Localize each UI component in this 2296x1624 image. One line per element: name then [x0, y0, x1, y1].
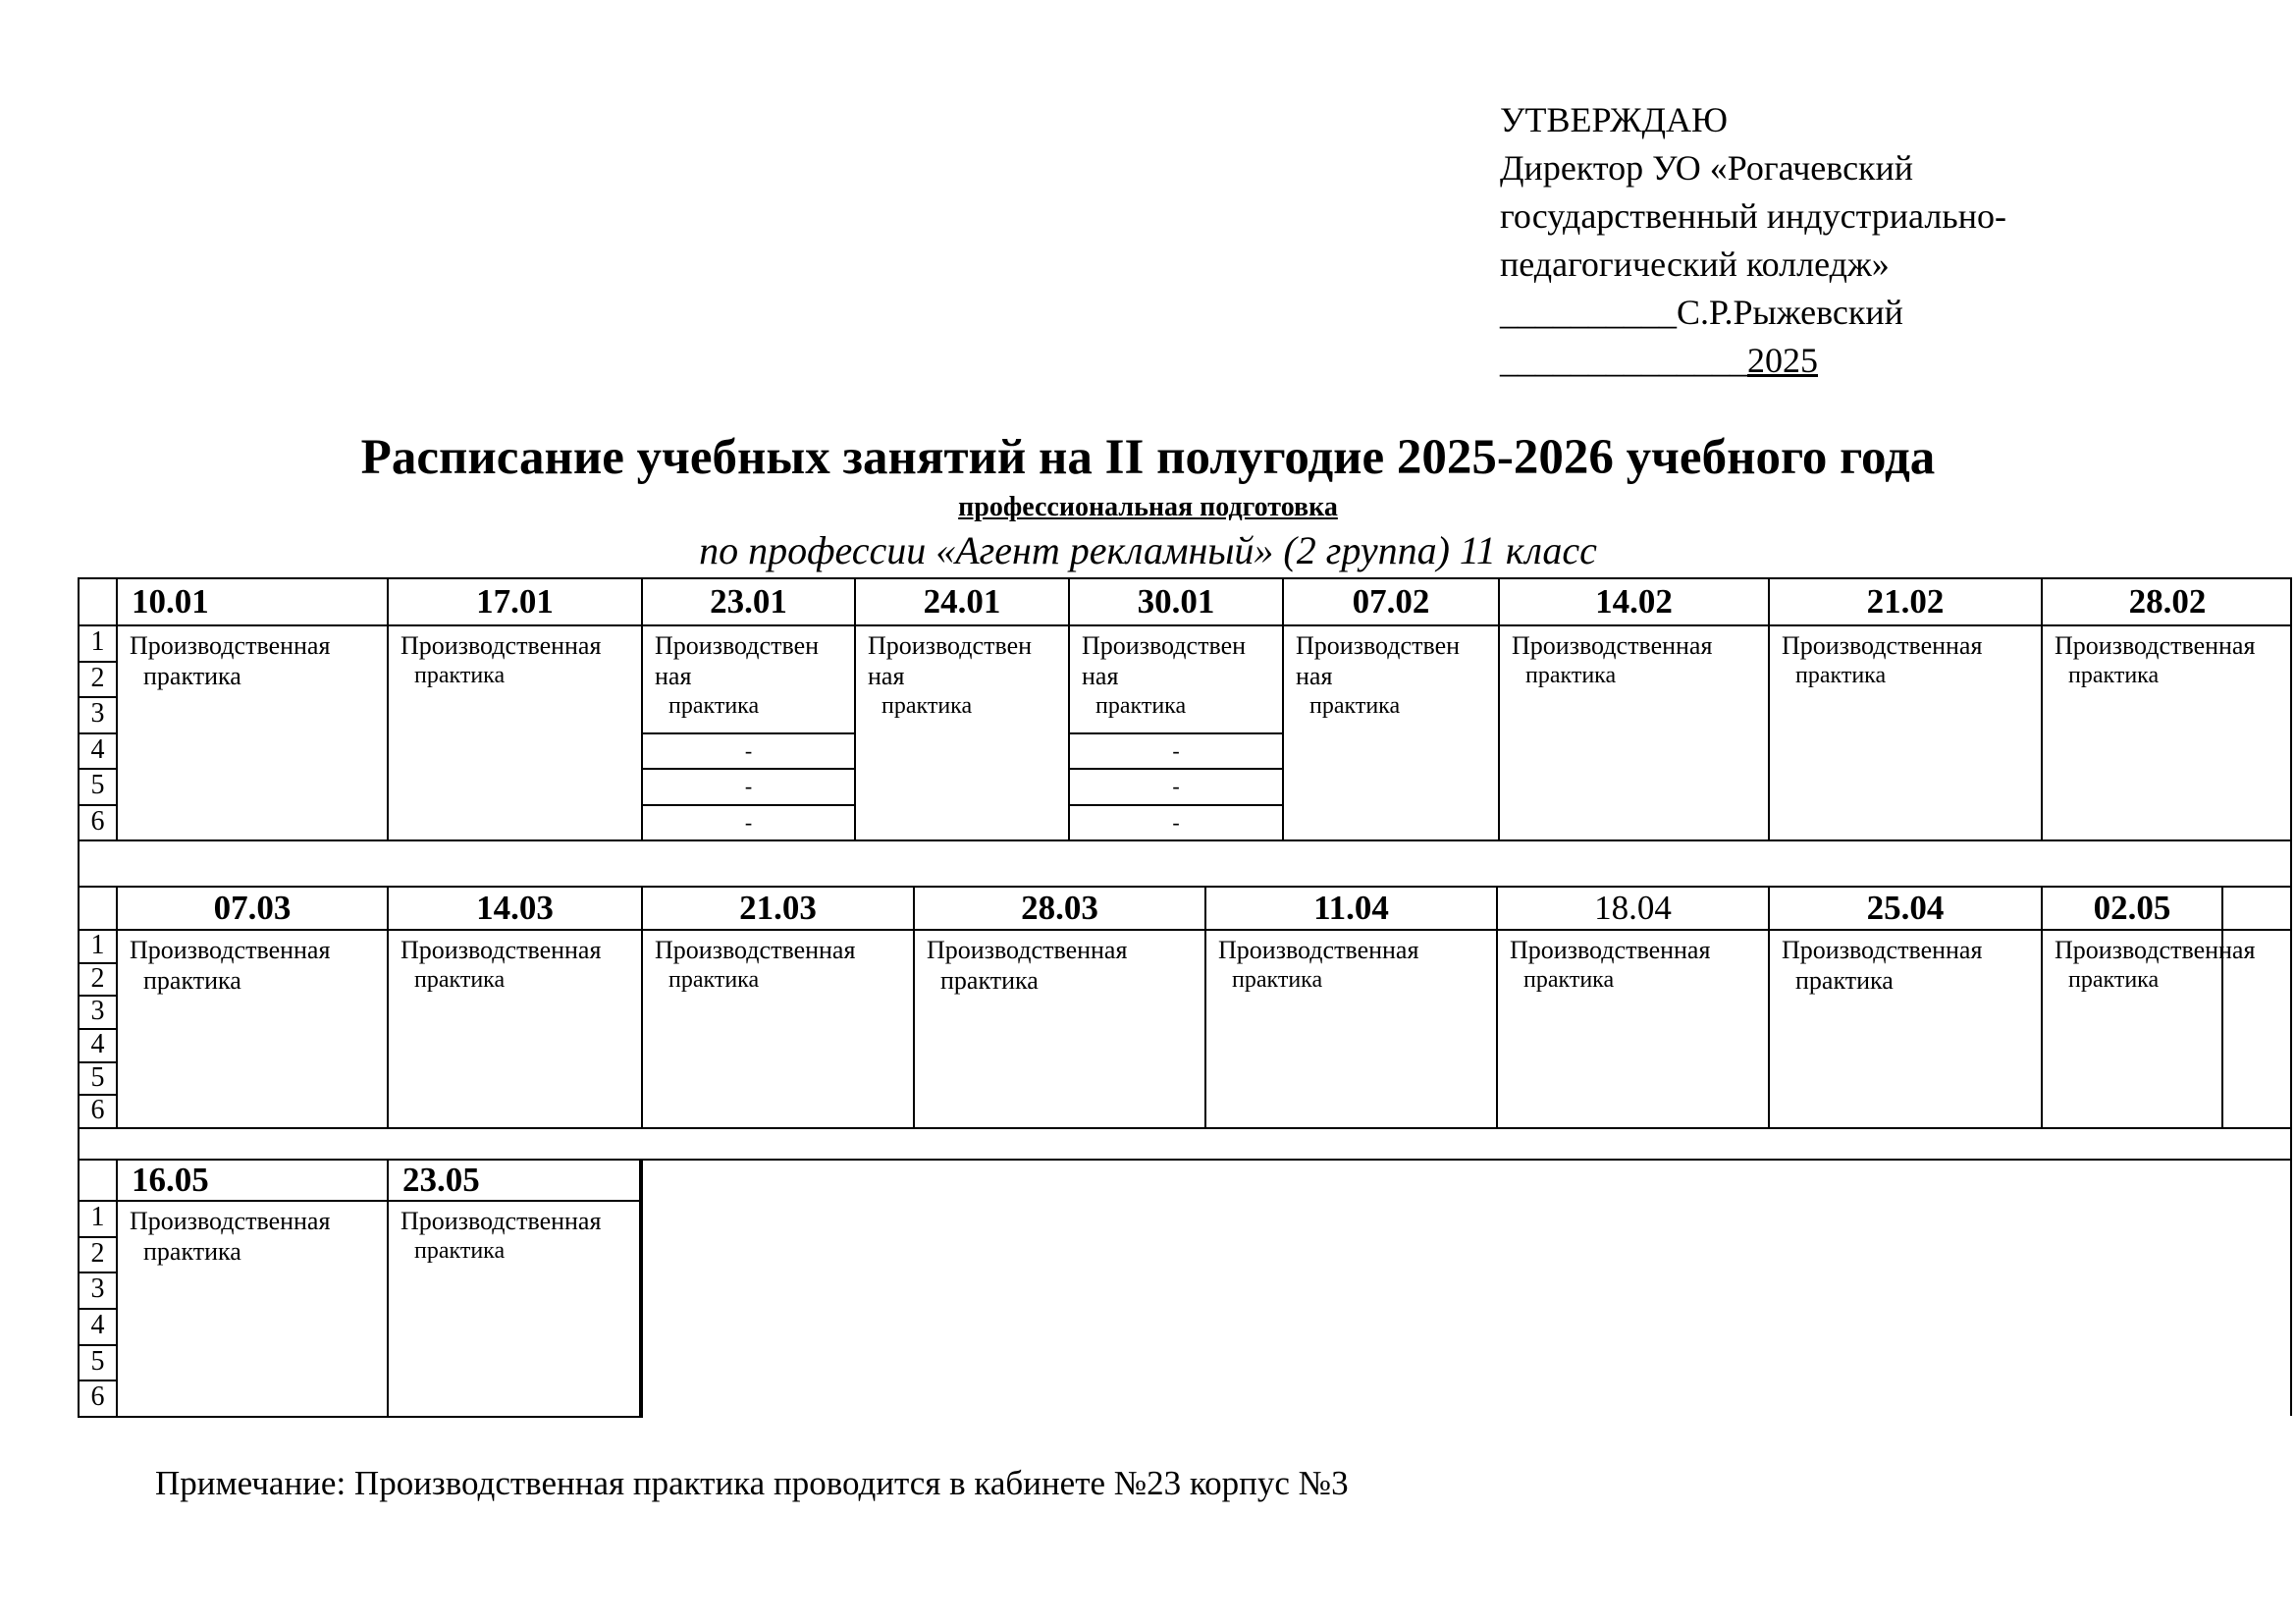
approval-position: Директор УО «Рогачевский: [1500, 148, 1913, 188]
lesson-cell: Производственнаяпрактика: [118, 626, 387, 839]
subject-text: практика: [1218, 965, 1496, 996]
footnote: Примечание: Производственная практика пр…: [155, 1463, 1349, 1504]
subject-text: Производственная: [130, 935, 387, 965]
date-header: 14.02: [1500, 579, 1768, 624]
date-header: 21.03: [643, 888, 913, 929]
subject-text: Производственная: [400, 1206, 641, 1236]
table-border: [78, 839, 80, 886]
table-border: [78, 839, 2292, 841]
date-header: 30.01: [1070, 579, 1282, 624]
date-header: 07.03: [118, 888, 387, 929]
lesson-cell: Производственнаяпрактика: [389, 626, 641, 839]
subject-text: Производственная: [655, 935, 913, 965]
lesson-cell: Производственнаяпрактика: [1770, 626, 2041, 839]
profession-line: по профессии «Агент рекламный» (2 группа…: [0, 527, 2296, 574]
subject-text: Производственная: [1512, 630, 1768, 661]
approval-block: УТВЕРЖДАЮ Директор УО «Рогачевский госуд…: [1500, 96, 2006, 385]
lesson-number: 5: [80, 1344, 116, 1380]
table-border: [2290, 839, 2292, 886]
lesson-cell-empty: -: [1070, 734, 1282, 769]
subject-text: Производственная: [2055, 630, 2292, 661]
approval-institution-cont: педагогический колледж»: [1500, 244, 1890, 284]
subject-text: практика: [868, 691, 1068, 722]
table-border: [641, 1159, 643, 1418]
lesson-number: 1: [80, 624, 116, 661]
subject-text: практика: [400, 661, 641, 691]
date-header: 23.05: [389, 1161, 641, 1200]
approval-institution: государственный индустриально-: [1500, 196, 2006, 236]
lesson-cell-empty: -: [643, 734, 854, 769]
date-header: 11.04: [1206, 888, 1496, 929]
lesson-number: 4: [80, 1308, 116, 1344]
lesson-cell: Производственнаяпрактика: [118, 931, 387, 1127]
subject-text: практика: [1782, 661, 2041, 691]
lesson-cell-empty: -: [643, 806, 854, 840]
subject-text: Производственная: [1782, 630, 2041, 661]
subject-text: практика: [1296, 691, 1498, 722]
subject-text: практика: [2055, 965, 2221, 996]
lesson-cell-empty: -: [1070, 806, 1282, 840]
lesson-number: 1: [80, 1200, 116, 1236]
date-header: 24.01: [856, 579, 1068, 624]
subject-text: Производственная: [927, 935, 1204, 965]
subject-text: практика: [1510, 965, 1768, 996]
lesson-cell: Производственнаяпрактика: [915, 931, 1204, 1127]
subject-text: Производственная: [1510, 935, 1768, 965]
date-header: 14.03: [389, 888, 641, 929]
approval-year: 2025: [1747, 341, 1818, 380]
lesson-number: 3: [80, 696, 116, 732]
lesson-number: 2: [80, 962, 116, 996]
table-border: [2290, 1127, 2292, 1159]
subject-text: Производственная: [130, 1206, 387, 1236]
lesson-cell: Производственнаяпрактика: [2043, 931, 2221, 1127]
lesson-cell: Производственнаяпрактика: [1070, 626, 1282, 734]
subject-text: ная: [868, 661, 1068, 691]
lesson-number: 6: [80, 1380, 116, 1416]
lesson-number: 3: [80, 995, 116, 1028]
lesson-number: 5: [80, 1061, 116, 1095]
lesson-number: 1: [80, 929, 116, 962]
date-header: 07.02: [1284, 579, 1498, 624]
table-border: [78, 1416, 643, 1418]
lesson-cell: Производственнаяпрактика: [643, 931, 913, 1127]
subject-text: практика: [655, 965, 913, 996]
date-header: 28.02: [2043, 579, 2292, 624]
lesson-cell: Производственнаяпрактика: [118, 1202, 387, 1416]
subject-text: практика: [130, 661, 387, 691]
date-header: 10.01: [118, 579, 387, 624]
subject-text: практика: [130, 965, 387, 996]
lesson-cell: Производственнаяпрактика: [1770, 931, 2041, 1127]
subject-text: ная: [655, 661, 854, 691]
subject-text: Производствен: [1082, 630, 1282, 661]
subject-text: практика: [1782, 965, 2041, 996]
lesson-number: 2: [80, 661, 116, 697]
date-header: 17.01: [389, 579, 641, 624]
subject-text: практика: [400, 965, 641, 996]
subject-text: Производственная: [1782, 935, 2041, 965]
subject-text: практика: [130, 1236, 387, 1267]
subject-text: Производственная: [1218, 935, 1496, 965]
subject-text: практика: [400, 1236, 641, 1267]
subject-text: практика: [2055, 661, 2292, 691]
subject-text: Производственная: [2055, 935, 2221, 965]
date-header: 23.01: [643, 579, 854, 624]
lesson-cell-empty: -: [1070, 770, 1282, 804]
subject-text: практика: [927, 965, 1204, 996]
lesson-number: 6: [80, 804, 116, 840]
signature-blank: __________: [1500, 293, 1677, 332]
subject-text: Производствен: [655, 630, 854, 661]
lesson-cell: Производственнаяпрактика: [389, 931, 641, 1127]
date-header: 25.04: [1770, 888, 2041, 929]
lesson-number: 2: [80, 1236, 116, 1272]
lesson-number: 4: [80, 1028, 116, 1061]
table-border: [78, 1127, 80, 1159]
subject-text: ная: [1296, 661, 1498, 691]
date-header: 18.04: [1498, 888, 1768, 929]
lesson-number: 6: [80, 1094, 116, 1127]
lesson-cell: Производственнаяпрактика: [1284, 626, 1498, 839]
lesson-cell: Производственнаяпрактика: [389, 1202, 641, 1416]
subject-text: Производственная: [400, 630, 641, 661]
subject-text: практика: [1512, 661, 1768, 691]
lesson-cell: Производственнаяпрактика: [1498, 931, 1768, 1127]
date-header: [2223, 888, 2292, 929]
lesson-cell-empty: -: [643, 770, 854, 804]
date-header: 21.02: [1770, 579, 2041, 624]
subject-text: практика: [1082, 691, 1282, 722]
lesson-cell: Производственнаяпрактика: [1206, 931, 1496, 1127]
signature-name: С.Р.Рыжевский: [1677, 293, 1903, 332]
date-header: 02.05: [2043, 888, 2221, 929]
lesson-cell: Производственнаяпрактика: [2043, 626, 2292, 839]
date-header: 28.03: [915, 888, 1204, 929]
date-blank: ______________: [1500, 341, 1747, 380]
subject-text: ная: [1082, 661, 1282, 691]
lesson-number: 3: [80, 1272, 116, 1308]
lesson-cell: Производственнаяпрактика: [856, 626, 1068, 839]
lesson-cell: Производственнаяпрактика: [643, 626, 854, 734]
lesson-cell: Производственнаяпрактика: [1500, 626, 1768, 839]
approval-heading: УТВЕРЖДАЮ: [1500, 100, 1728, 139]
date-header: 16.05: [118, 1161, 387, 1200]
subject-text: Производственная: [130, 630, 387, 661]
table-border: [2290, 1159, 2292, 1416]
subject-text: Производствен: [868, 630, 1068, 661]
subject-text: Производственная: [400, 935, 641, 965]
lesson-number: 4: [80, 732, 116, 769]
table-border: [78, 1127, 2292, 1129]
subject-text: практика: [655, 691, 854, 722]
lesson-number: 5: [80, 768, 116, 804]
subject-text: Производствен: [1296, 630, 1498, 661]
page-subtitle: профессиональная подготовка: [0, 491, 2296, 524]
page-title: Расписание учебных занятий на II полугод…: [0, 428, 2296, 487]
